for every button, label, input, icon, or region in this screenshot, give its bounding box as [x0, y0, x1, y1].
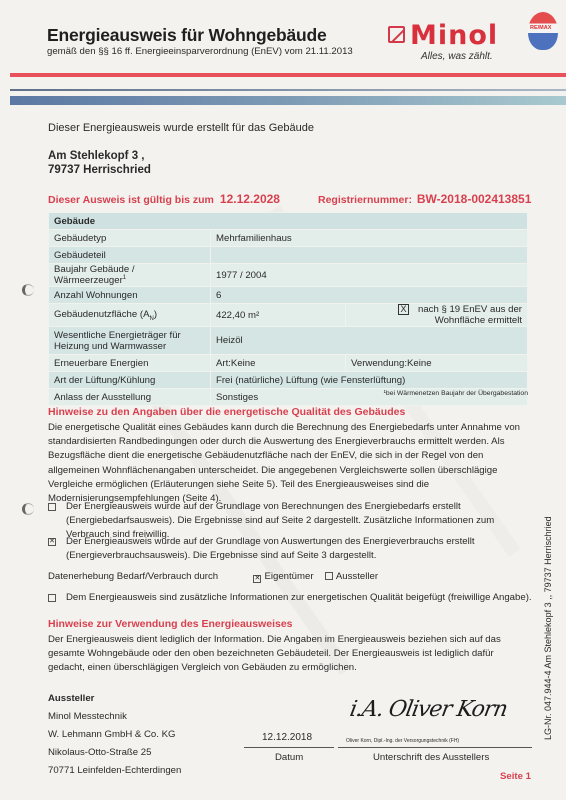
signer-name: Oliver Korn, Dipl.-Ing. der Versorgungst…: [346, 738, 459, 744]
signature-date: 12.12.2018: [262, 732, 312, 743]
intro-text: Dieser Energieausweis wurde erstellt für…: [48, 122, 314, 134]
signature-line: [338, 747, 532, 748]
punch-hole-icon: [22, 284, 34, 296]
table-row: Gebäudeteil: [49, 247, 528, 264]
handwritten-signature: i.A. Oliver Korn: [348, 697, 509, 722]
owner-label: Eigentümer: [264, 571, 313, 582]
option-extra-info[interactable]: Dem Energieausweis sind zusätzliche Info…: [48, 591, 532, 605]
issuer-line: Minol Messtechnik: [48, 708, 181, 726]
issuer-heading: Aussteller: [48, 693, 94, 704]
checkbox-checked-icon[interactable]: ✕: [48, 538, 56, 546]
checkbox-unchecked-icon[interactable]: [48, 594, 56, 602]
owner-checkbox[interactable]: ✕: [253, 575, 261, 583]
validity-date: 12.12.2028: [220, 192, 280, 206]
issuer-line: Nikolaus-Otto-Straße 25: [48, 744, 181, 762]
usage-notes-text: Der Energieausweis dient lediglich der I…: [48, 633, 532, 676]
header-red-stripe: [10, 73, 566, 77]
data-collection-label: Datenerhebung Bedarf/Verbrauch durch: [48, 571, 218, 582]
registration-label: Registriernummer:: [318, 194, 412, 206]
date-line: [244, 747, 334, 748]
table-row: Baujahr Gebäude / Wärmeerzeuger1 1977 / …: [49, 264, 528, 287]
address-street: Am Stehlekopf 3 ,: [48, 149, 151, 163]
date-label: Datum: [275, 752, 303, 763]
checkbox-unchecked-icon[interactable]: [48, 503, 56, 511]
header-thin-stripe: [10, 89, 566, 91]
registration-number: BW-2018-002413851: [417, 192, 532, 206]
usage-notes-heading: Hinweise zur Verwendung des Energieauswe…: [48, 618, 293, 630]
minol-mark-icon: [388, 26, 405, 43]
quality-notes-heading: Hinweise zu den Angaben über die energet…: [48, 406, 405, 418]
table-row: Art der Lüftung/Kühlung Frei (natürliche…: [49, 372, 528, 389]
table-header: Gebäude: [49, 213, 528, 230]
minol-logo: Minol Alles, was zählt. RE/MAX: [388, 22, 558, 67]
signature-label: Unterschrift des Ausstellers: [373, 752, 489, 763]
validity: Dieser Ausweis ist gültig bis zum12.12.2…: [48, 192, 280, 206]
issuer-line: W. Lehmann GmbH & Co. KG: [48, 726, 181, 744]
table-row: Wesentliche Energieträger für Heizung un…: [49, 327, 528, 355]
quality-notes-text: Die energetische Qualität eines Gebäudes…: [48, 421, 532, 506]
area-checkbox[interactable]: X: [398, 304, 409, 315]
validity-label: Dieser Ausweis ist gültig bis zum: [48, 194, 214, 206]
issuer-label: Aussteller: [336, 571, 378, 582]
building-table: Gebäude Gebäudetyp Mehrfamilienhaus Gebä…: [48, 212, 528, 406]
issuer-line: 70771 Leinfelden-Echterdingen: [48, 762, 181, 780]
option-consumption-based[interactable]: ✕ Der Energieausweis wurde auf der Grund…: [48, 535, 532, 563]
side-reference-text: LG-Nr. 047.944-4 Am Stehlekopf 3 ,, 7973…: [543, 516, 553, 740]
issuer-checkbox[interactable]: [325, 572, 333, 580]
page-number: Seite 1: [500, 771, 531, 782]
table-row: Gebäudenutzfläche (AN) 422,40 m² Xnach §…: [49, 304, 528, 327]
address-city: 79737 Herrischried: [48, 163, 151, 177]
header-blue-band: [10, 96, 566, 105]
data-collection-row: Datenerhebung Bedarf/Verbrauch durch ✕Ei…: [48, 571, 378, 583]
logo-slogan: Alles, was zählt.: [421, 51, 493, 62]
remax-label: RE/MAX: [530, 25, 551, 31]
logo-text: Minol: [410, 20, 498, 51]
building-address: Am Stehlekopf 3 , 79737 Herrischried: [48, 149, 151, 177]
document-title: Energieausweis für Wohngebäude: [47, 25, 327, 46]
punch-hole-icon: [22, 503, 34, 515]
registration: Registriernummer: BW-2018-002413851: [318, 192, 531, 206]
table-row: Anzahl Wohnungen 6: [49, 287, 528, 304]
table-row: Gebäudetyp Mehrfamilienhaus: [49, 230, 528, 247]
remax-balloon-icon: [528, 12, 558, 50]
table-footnote: ¹bei Wärmenetzen Baujahr der Übergabesta…: [384, 390, 528, 397]
energy-certificate-page: Energieausweis für Wohngebäude gemäß den…: [0, 0, 566, 800]
issuer-block: Aussteller Minol Messtechnik W. Lehmann …: [48, 690, 181, 780]
document-subtitle: gemäß den §§ 16 ff. Energieeinsparverord…: [47, 46, 353, 57]
table-row: Erneuerbare Energien Art:Keine Verwendun…: [49, 355, 528, 372]
